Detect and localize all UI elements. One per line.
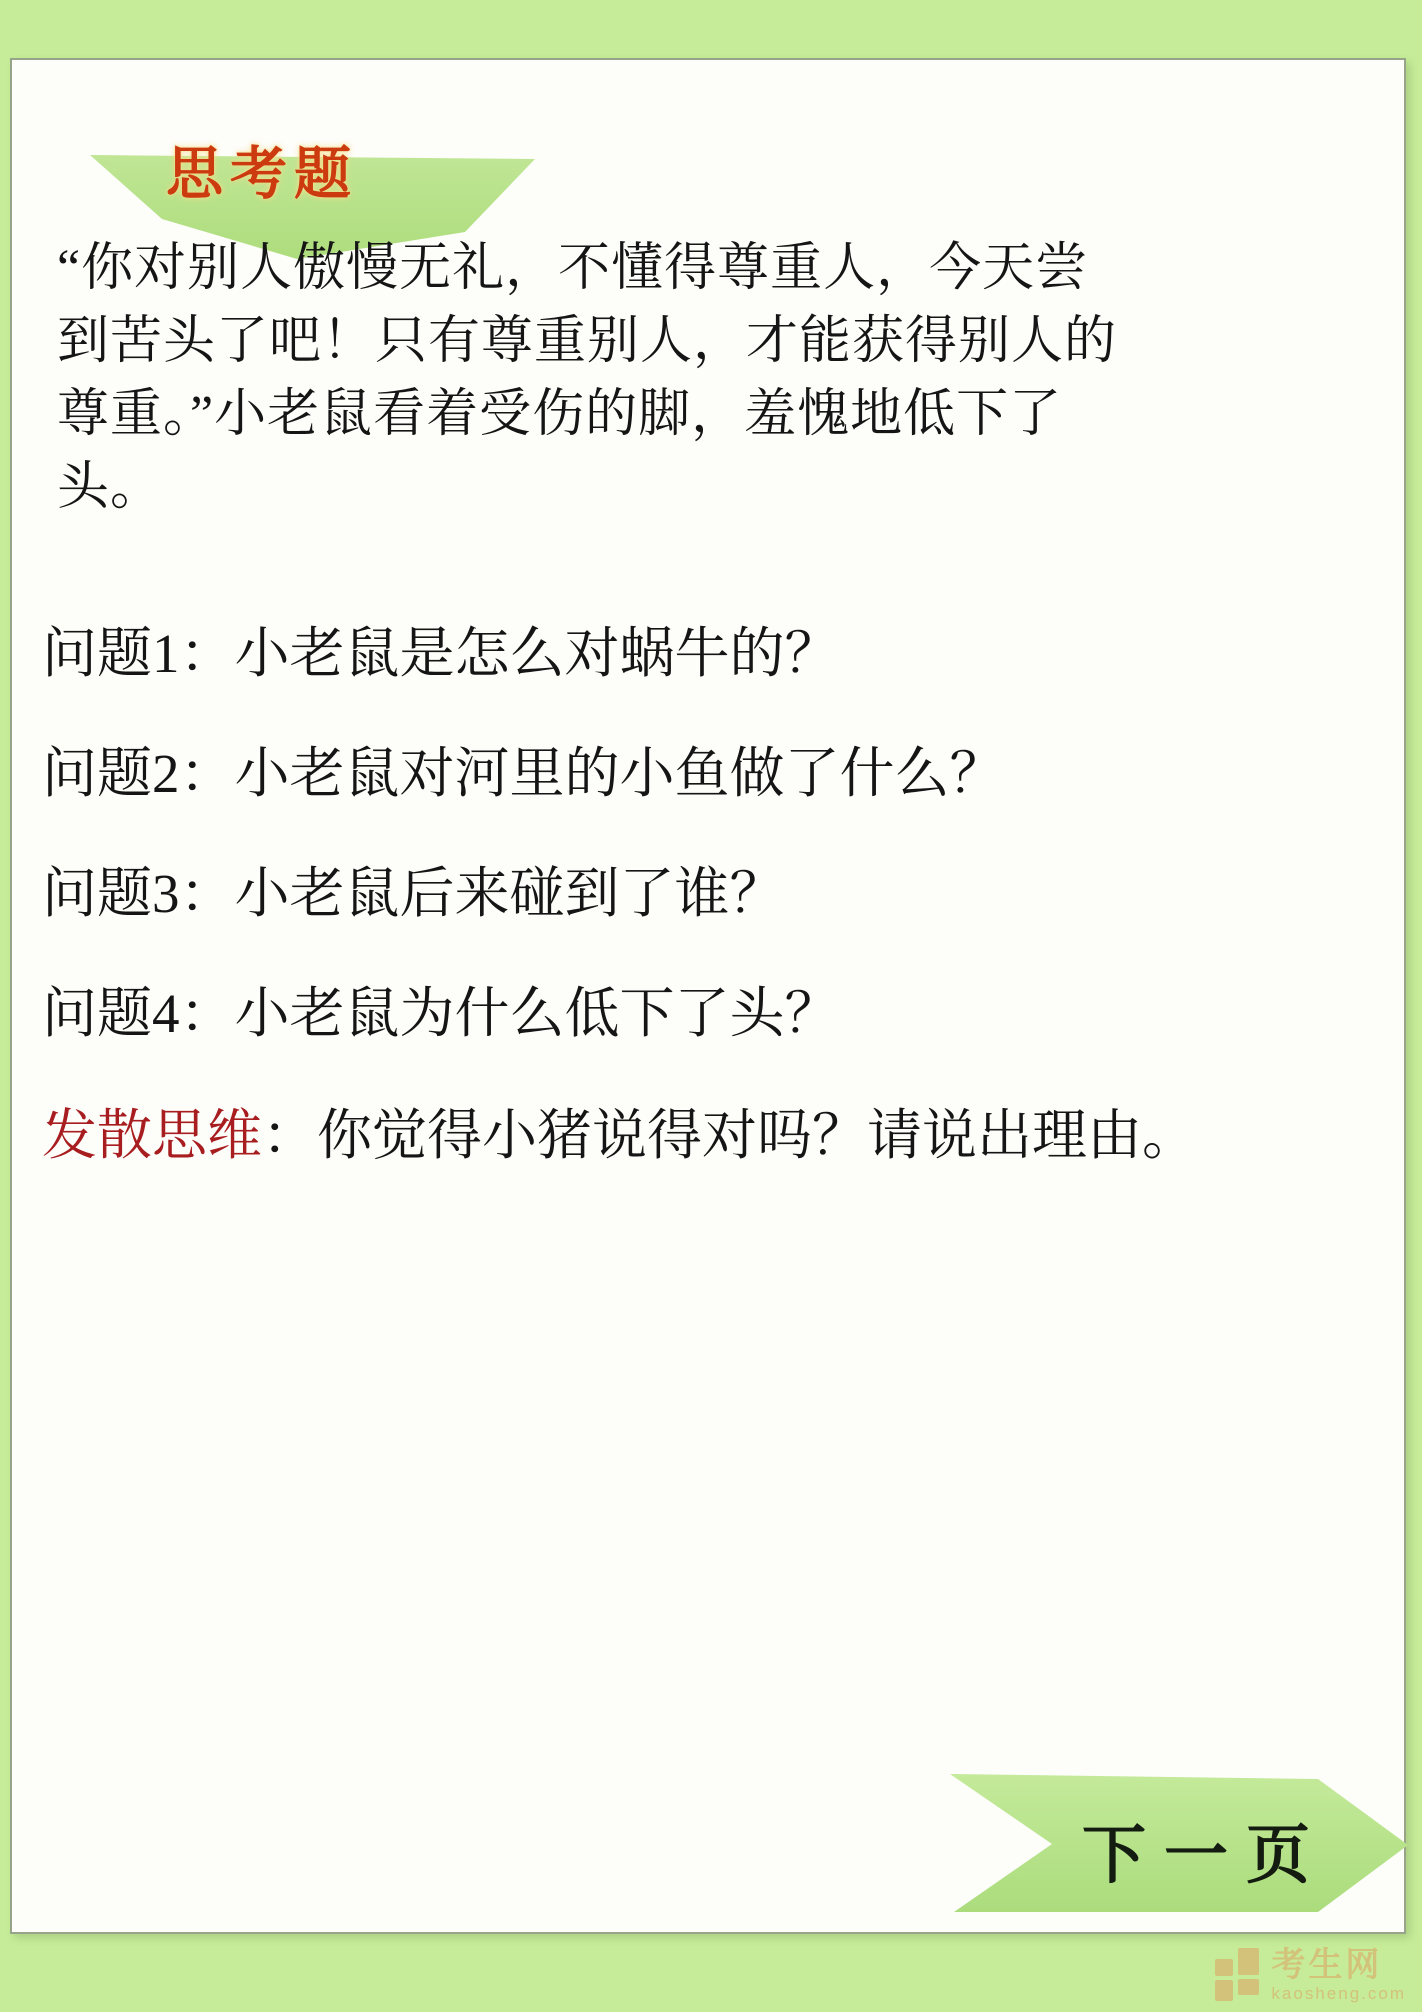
paragraph-line: “你对别人傲慢无礼，不懂得尊重人，今天尝 [57, 232, 1127, 305]
watermark-name: 考生网 [1271, 1948, 1406, 1982]
question-item-2: 问题2：小老鼠对河里的小鱼做了什么？ [42, 738, 1282, 810]
paragraph-line: 到苦头了吧！只有尊重别人，才能获得别人的 [57, 305, 1127, 378]
divergent-thinking-line: 发散思维：你觉得小猪说得对吗？请说出理由。 [42, 1100, 1382, 1172]
page-background: 思考题 “你对别人傲慢无礼，不懂得尊重人，今天尝 到苦头了吧！只有尊重别人，才能… [0, 0, 1422, 2012]
watermark: 考生网 kaosheng.com [1215, 1948, 1406, 2002]
question-item-1: 问题1：小老鼠是怎么对蜗牛的？ [42, 618, 1282, 690]
paragraph-line: 尊重。”小老鼠看着受伤的脚，羞愧地低下了 [57, 378, 1127, 451]
question-item-3: 问题3：小老鼠后来碰到了谁？ [42, 858, 1282, 930]
paragraph-line: 头。 [57, 451, 1127, 524]
kaosheng-logo-icon [1215, 1948, 1261, 2002]
watermark-text: 考生网 kaosheng.com [1271, 1948, 1406, 2002]
content-card: 思考题 “你对别人傲慢无礼，不懂得尊重人，今天尝 到苦头了吧！只有尊重别人，才能… [10, 58, 1406, 1934]
divergent-thinking-label: 发散思维 [42, 1105, 262, 1166]
question-item-4: 问题4：小老鼠为什么低下了头？ [42, 978, 1282, 1050]
divergent-thinking-text: 你觉得小猪说得对吗？请说出理由。 [317, 1105, 1197, 1166]
next-page-button[interactable]: 下一页 [950, 1772, 1412, 1914]
next-page-label: 下一页 [1055, 1804, 1355, 1896]
banner-label: 思考题 [166, 128, 358, 210]
divergent-colon: ： [262, 1105, 317, 1166]
story-paragraph: “你对别人傲慢无礼，不懂得尊重人，今天尝 到苦头了吧！只有尊重别人，才能获得别人… [57, 232, 1127, 524]
watermark-domain: kaosheng.com [1271, 1985, 1406, 2002]
